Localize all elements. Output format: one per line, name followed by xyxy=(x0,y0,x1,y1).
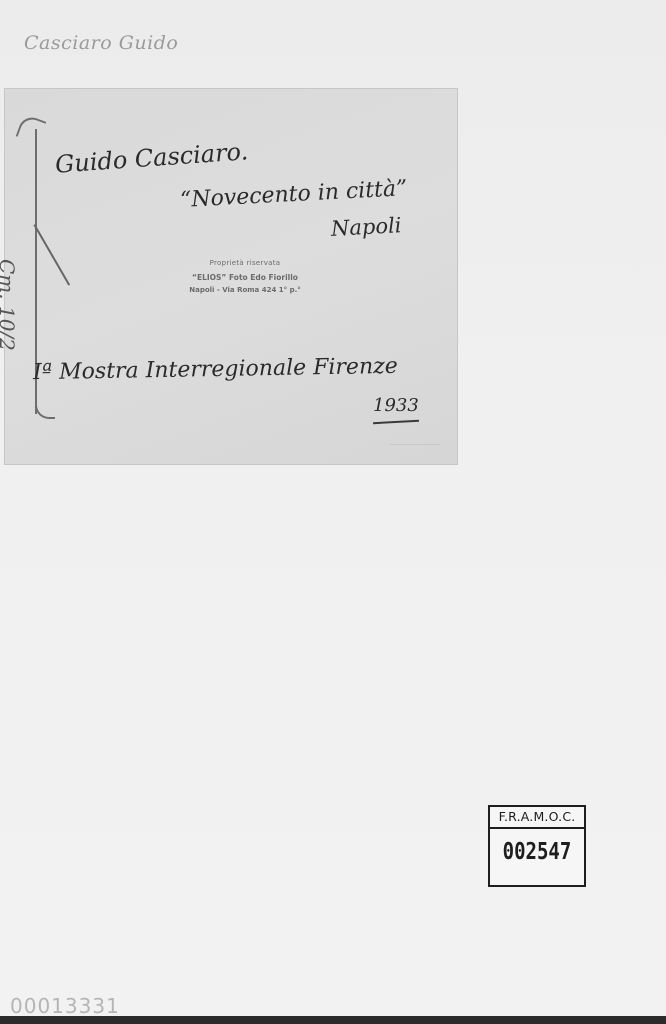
stamp-line-1: Proprietà riservata xyxy=(155,259,335,267)
stamp-line-2: “ELIOS” Foto Edo Fiorillo xyxy=(155,273,335,282)
margin-bracket-top xyxy=(16,114,47,145)
framoc-stamp: F.R.A.M.O.C. 002547 xyxy=(488,805,586,887)
pencil-note-name: Casciaro Guido xyxy=(24,32,178,54)
stamp-line-3: Napoli - Via Roma 424 1° p.° xyxy=(155,286,335,294)
studio-stamp: Proprietà riservata “ELIOS” Foto Edo Fio… xyxy=(155,259,335,294)
scan-edge-bar xyxy=(0,1016,666,1024)
margin-bracket-bottom xyxy=(35,389,55,419)
archive-number: 00013331 xyxy=(10,994,120,1018)
archive-sheet: Casciaro Guido Cm. 10/2 Guido Casciaro. … xyxy=(0,0,666,1016)
exhibition-inscription: Iª Mostra Interregionale Firenze xyxy=(33,354,398,385)
artwork-title: “Novecento in città” xyxy=(180,176,408,213)
pencil-slash xyxy=(34,224,70,285)
year-inscription: 1933 xyxy=(373,395,419,416)
place-inscription: Napoli xyxy=(330,213,402,241)
framoc-number: 002547 xyxy=(490,839,584,865)
framoc-header: F.R.A.M.O.C. xyxy=(490,807,584,829)
faint-mark xyxy=(390,444,440,445)
photo-back: Cm. 10/2 Guido Casciaro. “Novecento in c… xyxy=(5,89,457,464)
year-underline xyxy=(373,420,419,424)
author-inscription: Guido Casciaro. xyxy=(54,137,249,178)
dimension-note: Cm. 10/2 xyxy=(0,259,19,351)
